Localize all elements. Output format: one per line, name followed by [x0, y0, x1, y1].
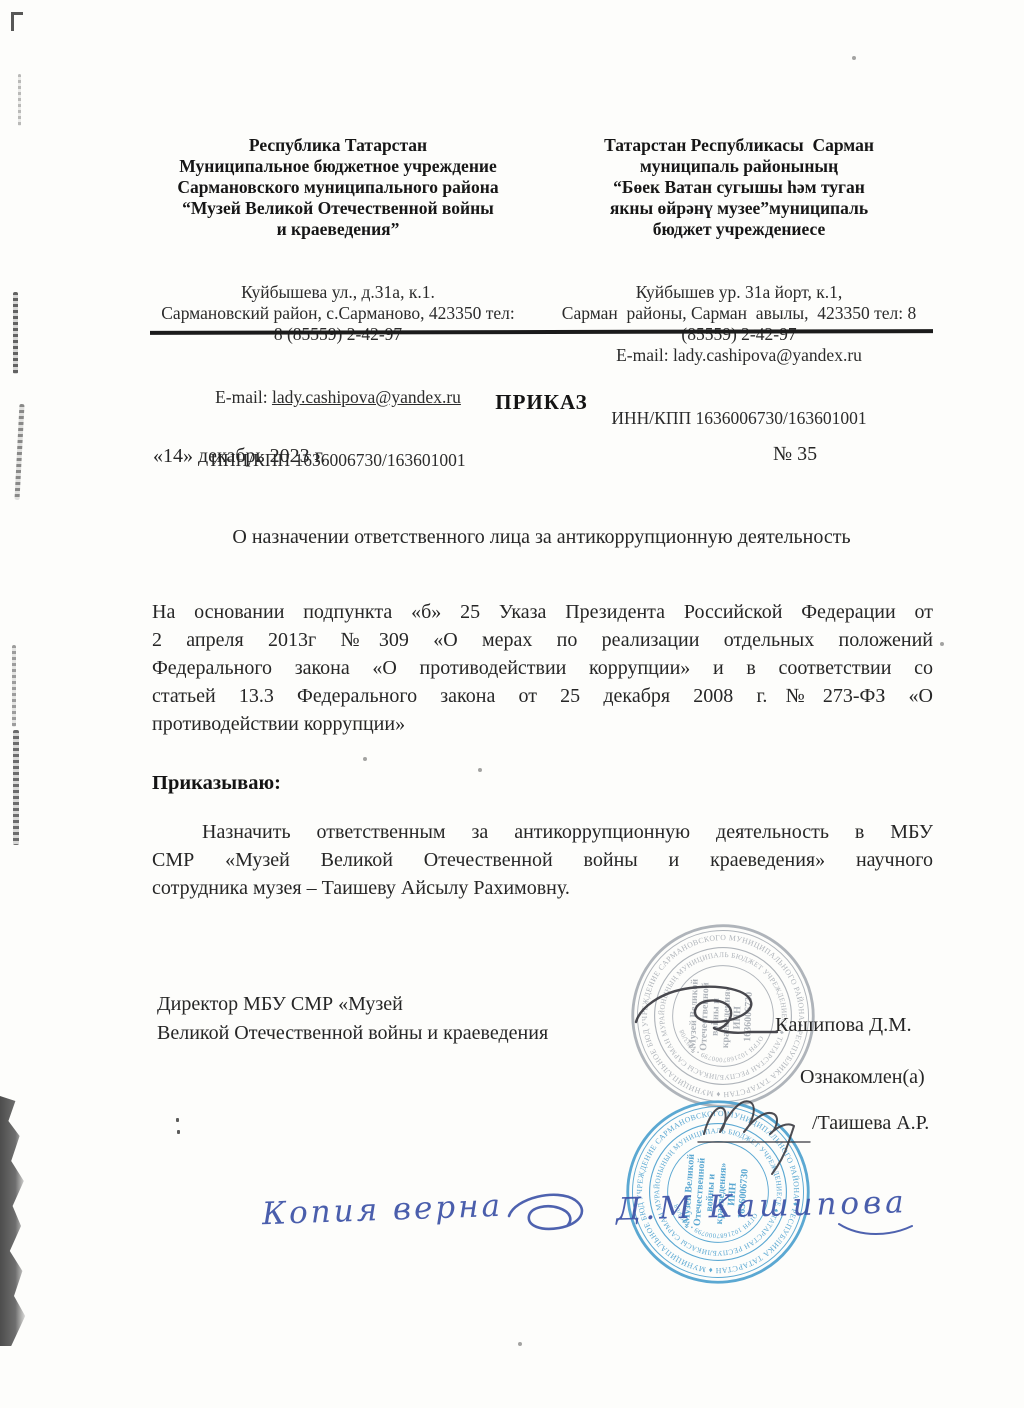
- scan-artifact: [940, 642, 944, 646]
- basis-line: Федерального закона «О противодействии к…: [152, 654, 933, 682]
- command-label: Приказываю:: [152, 772, 281, 795]
- basis-line: 2 апреля 2013г №309 «О мерах по реализац…: [152, 626, 933, 654]
- letterhead-line: Куйбышева ул., д.31а, к.1.: [140, 282, 536, 303]
- letterhead-line: Сармановского муниципального района: [140, 177, 536, 198]
- kashipova-signature-ink: [630, 978, 780, 1048]
- scan-artifact: [13, 292, 18, 374]
- order-subject: О назначении ответственного лица за анти…: [150, 526, 933, 549]
- scan-artifact: [363, 757, 367, 761]
- scan-artifact: [852, 56, 856, 60]
- director-title: Директор МБУ СМР «Музей Великой Отечеств…: [157, 990, 548, 1047]
- scan-artifact: [18, 74, 21, 126]
- director-title-line: Великой Отечественной войны и краеведени…: [157, 1019, 548, 1048]
- letterhead-line: Сарман районы, Сарман авылы, 423350 тел:…: [538, 303, 940, 324]
- scan-artifact: [13, 730, 19, 845]
- scanned-order-document: Республика ТатарстанМуниципальное бюджет…: [0, 0, 1024, 1408]
- scan-artifact: [11, 12, 23, 31]
- letterhead-line: Куйбышев ур. 31а йорт, к.1,: [538, 282, 940, 303]
- scan-artifact: [177, 1130, 180, 1134]
- handwritten-copy-note: Копия верна: [261, 1188, 503, 1232]
- letterhead-line: якны өйрәнү музее”муниципаль: [538, 198, 940, 219]
- letterhead-line: и краеведения”: [140, 219, 536, 240]
- basis-line: статьей 13.3 Федерального закона от 25 д…: [152, 682, 933, 710]
- letterhead-line: “Музей Великой Отечественной войны: [140, 198, 536, 219]
- letterhead-tatar-title: Татарстан Республикасы Сарманмуниципаль …: [538, 135, 940, 240]
- letterhead-line: Сармановский район, с.Сарманово, 423350 …: [140, 303, 536, 324]
- letterhead-line: бюджет учреждениесе: [538, 219, 940, 240]
- order-title: ПРИКАЗ: [150, 390, 933, 415]
- basis-line: На основании подпункта «б» 25 Указа През…: [152, 598, 933, 626]
- order-number: № 35: [773, 443, 817, 466]
- scan-artifact: [518, 1342, 522, 1346]
- taisheva-signature-ink: [690, 1082, 825, 1182]
- letterhead-line: E-mail: lady.cashipova@yandex.ru: [538, 345, 940, 366]
- letterhead-russian-address: Куйбышева ул., д.31а, к.1.Сармановский р…: [140, 282, 536, 345]
- basis-paragraph: На основании подпункта «б» 25 Указа През…: [152, 598, 933, 738]
- command-line: сотрудника музея – Таишеву Айсылу Рахимо…: [152, 874, 933, 902]
- letterhead-line: Татарстан Республикасы Сарман: [538, 135, 940, 156]
- basis-line: противодействии коррупции»: [152, 710, 933, 738]
- letterhead-line: (85559) 2-42-97: [538, 324, 940, 345]
- command-paragraph: Назначить ответственным за антикоррупцио…: [152, 818, 933, 902]
- scan-artifact: [14, 404, 24, 500]
- letterhead-line: 8 (85559) 2-42-97: [140, 324, 536, 345]
- letterhead-line: Республика Татарстан: [140, 135, 536, 156]
- letterhead-line: муниципаль районының: [538, 156, 940, 177]
- letterhead-line: “Бөек Ватан сугышы һәм туган: [538, 177, 940, 198]
- scan-artifact: [176, 1118, 179, 1122]
- scan-artifact: [478, 768, 482, 772]
- order-date: «14» декабрь 2023 г.: [153, 445, 326, 468]
- letterhead-russian-title: Республика ТатарстанМуниципальное бюджет…: [140, 135, 536, 240]
- scan-artifact: [12, 645, 16, 727]
- letterhead-line: Муниципальное бюджетное учреждение: [140, 156, 536, 177]
- scan-artifact: [0, 1096, 28, 1346]
- acknowledged-by-name: /Таишева А.Р.: [812, 1112, 929, 1135]
- handwritten-flourish-ink: [497, 1180, 592, 1240]
- handwritten-tail-ink: [836, 1218, 916, 1244]
- letterhead-tatar-address: Куйбышев ур. 31а йорт, к.1,Сарман районы…: [538, 282, 940, 366]
- command-line: Назначить ответственным за антикоррупцио…: [152, 818, 933, 846]
- director-title-line: Директор МБУ СМР «Музей: [157, 990, 548, 1019]
- director-name: Кашипова Д.М.: [775, 1014, 912, 1037]
- command-line: СМР «Музей Великой Отечественной войны и…: [152, 846, 933, 874]
